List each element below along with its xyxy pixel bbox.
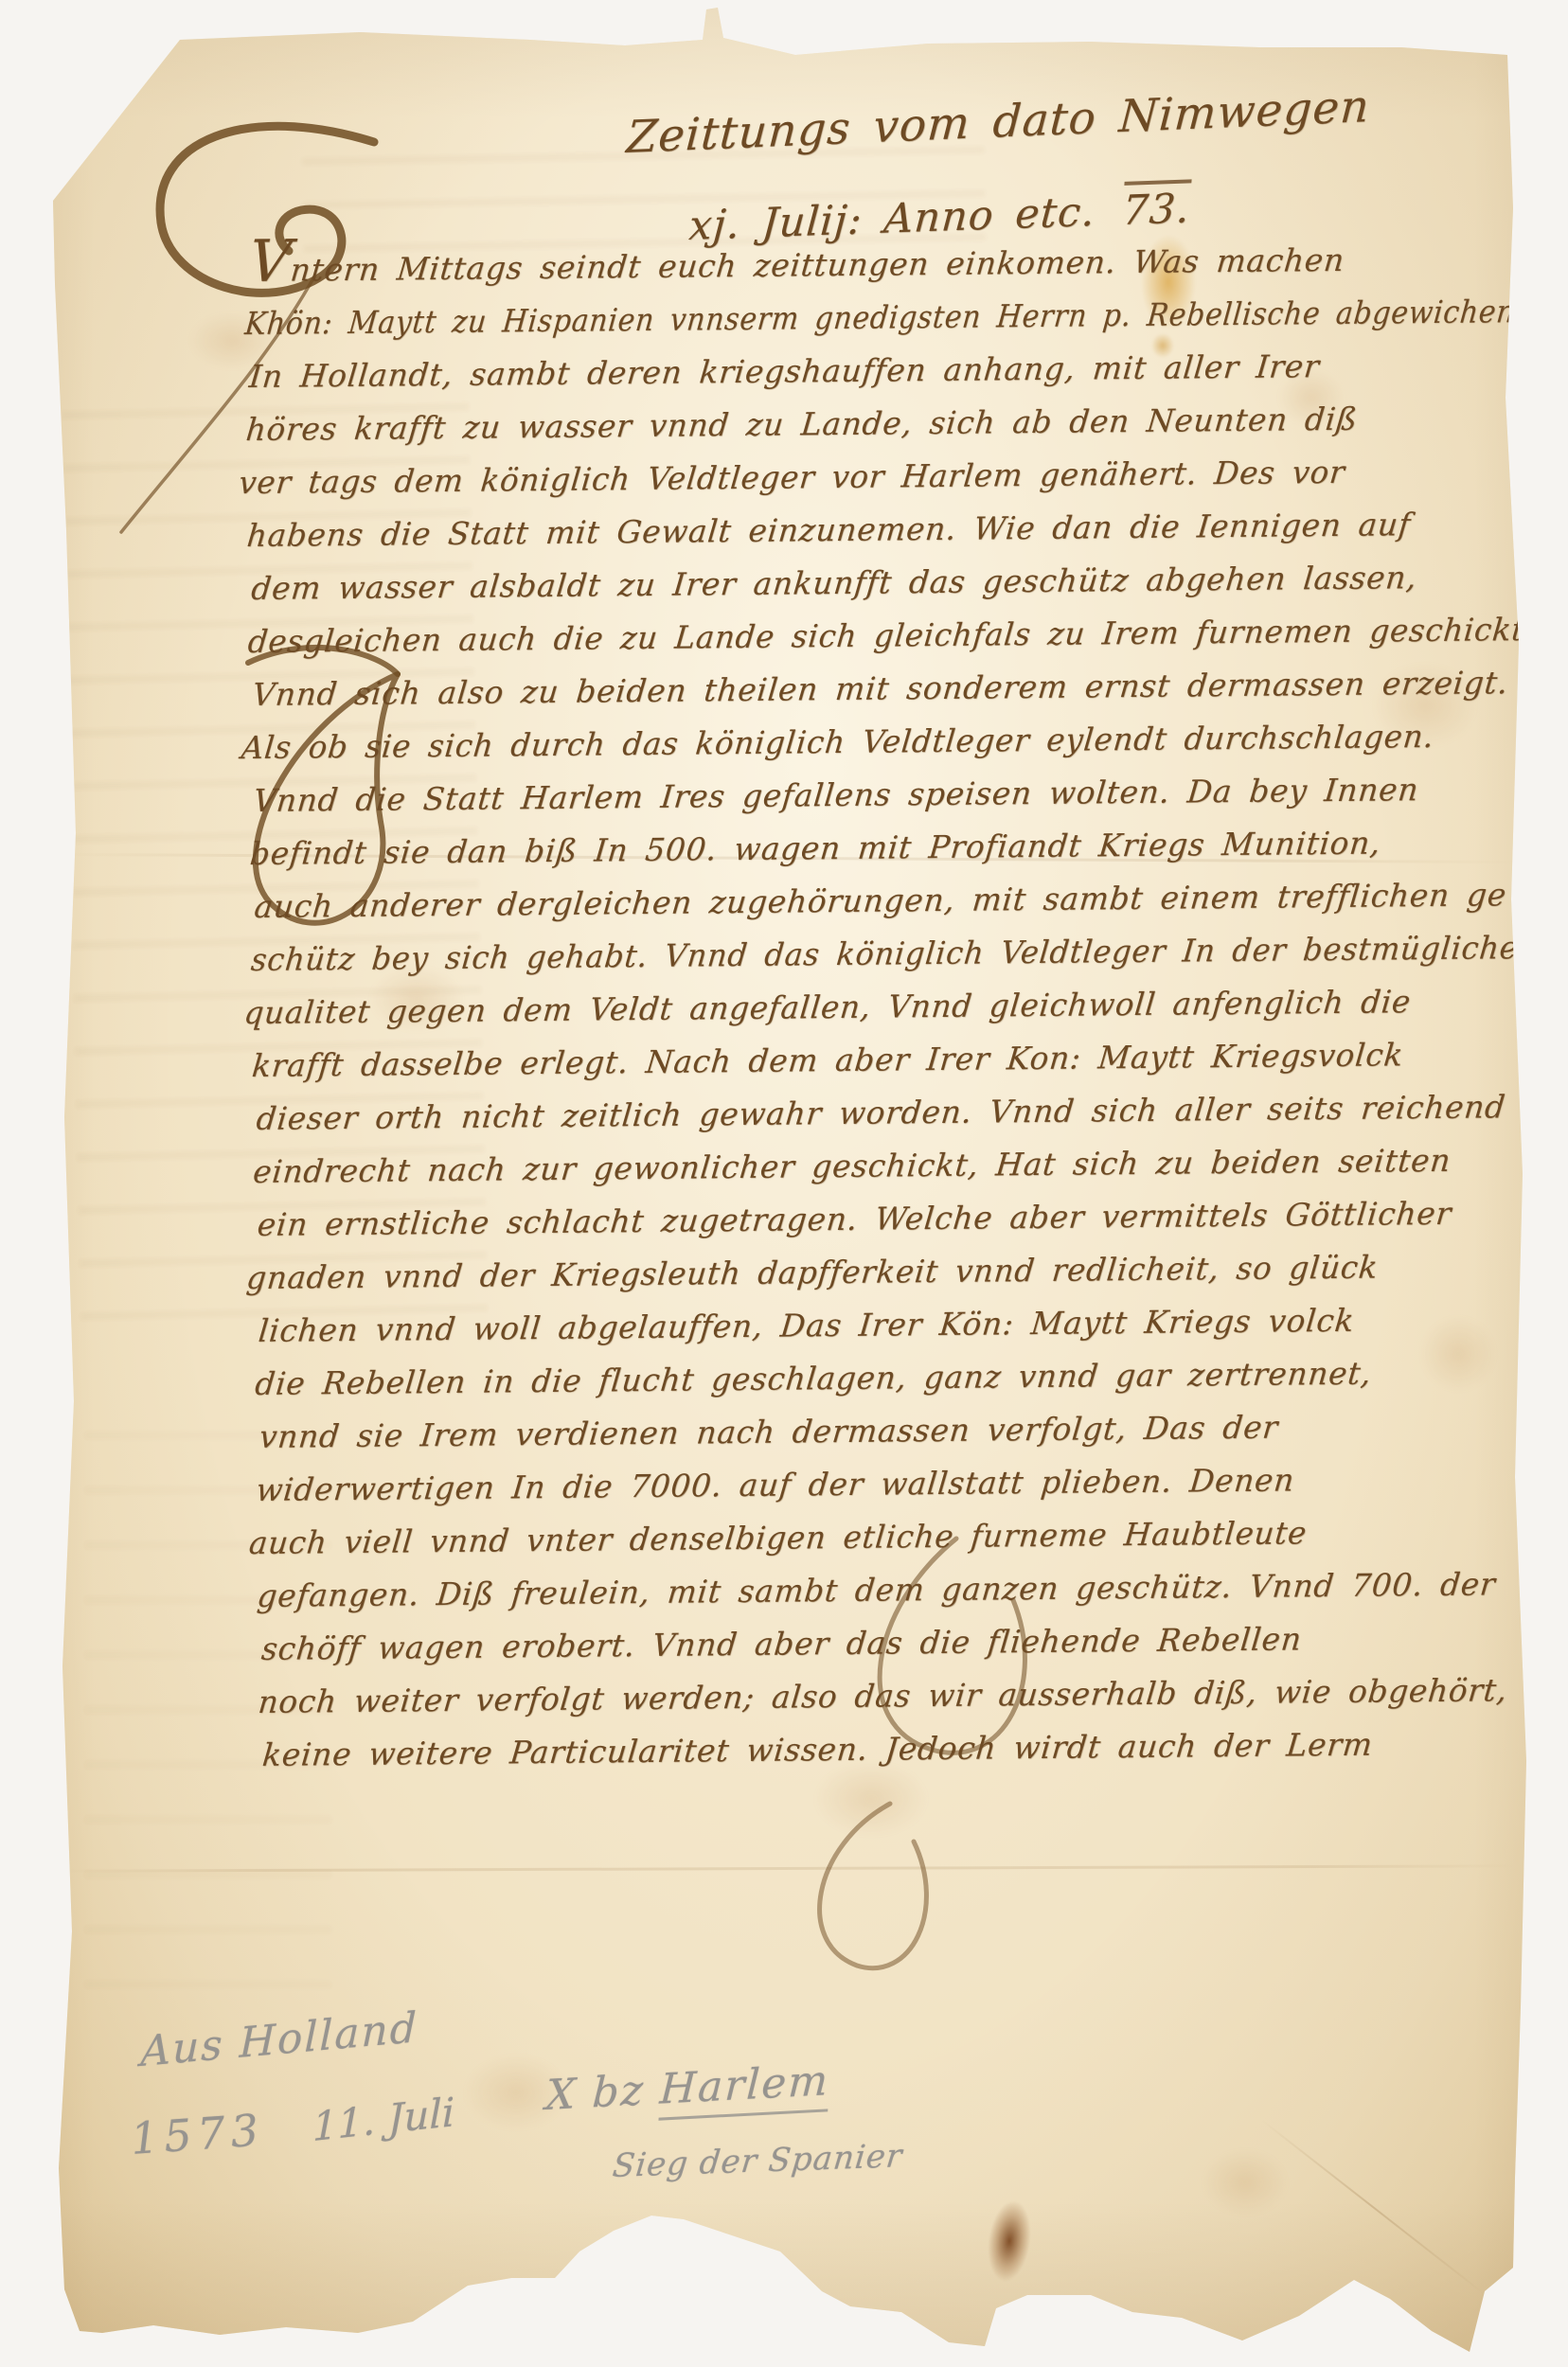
pencil-ref-mark: X bz <box>544 2066 646 2120</box>
manuscript-body: Vntern Mittags seindt euch zeittungen ei… <box>244 232 1561 1782</box>
photograph-of-manuscript: Zeittungs vom dato Nimwegen xj. Julij: A… <box>0 0 1568 2367</box>
dateline-year: 73. <box>1121 179 1192 235</box>
manuscript-paper: Zeittungs vom dato Nimwegen xj. Julij: A… <box>0 0 1568 2367</box>
pencil-ref-place: Harlem <box>658 2056 830 2121</box>
foxing-spot <box>1203 2149 1288 2216</box>
pencil-note-year: 1573 <box>129 2104 266 2164</box>
